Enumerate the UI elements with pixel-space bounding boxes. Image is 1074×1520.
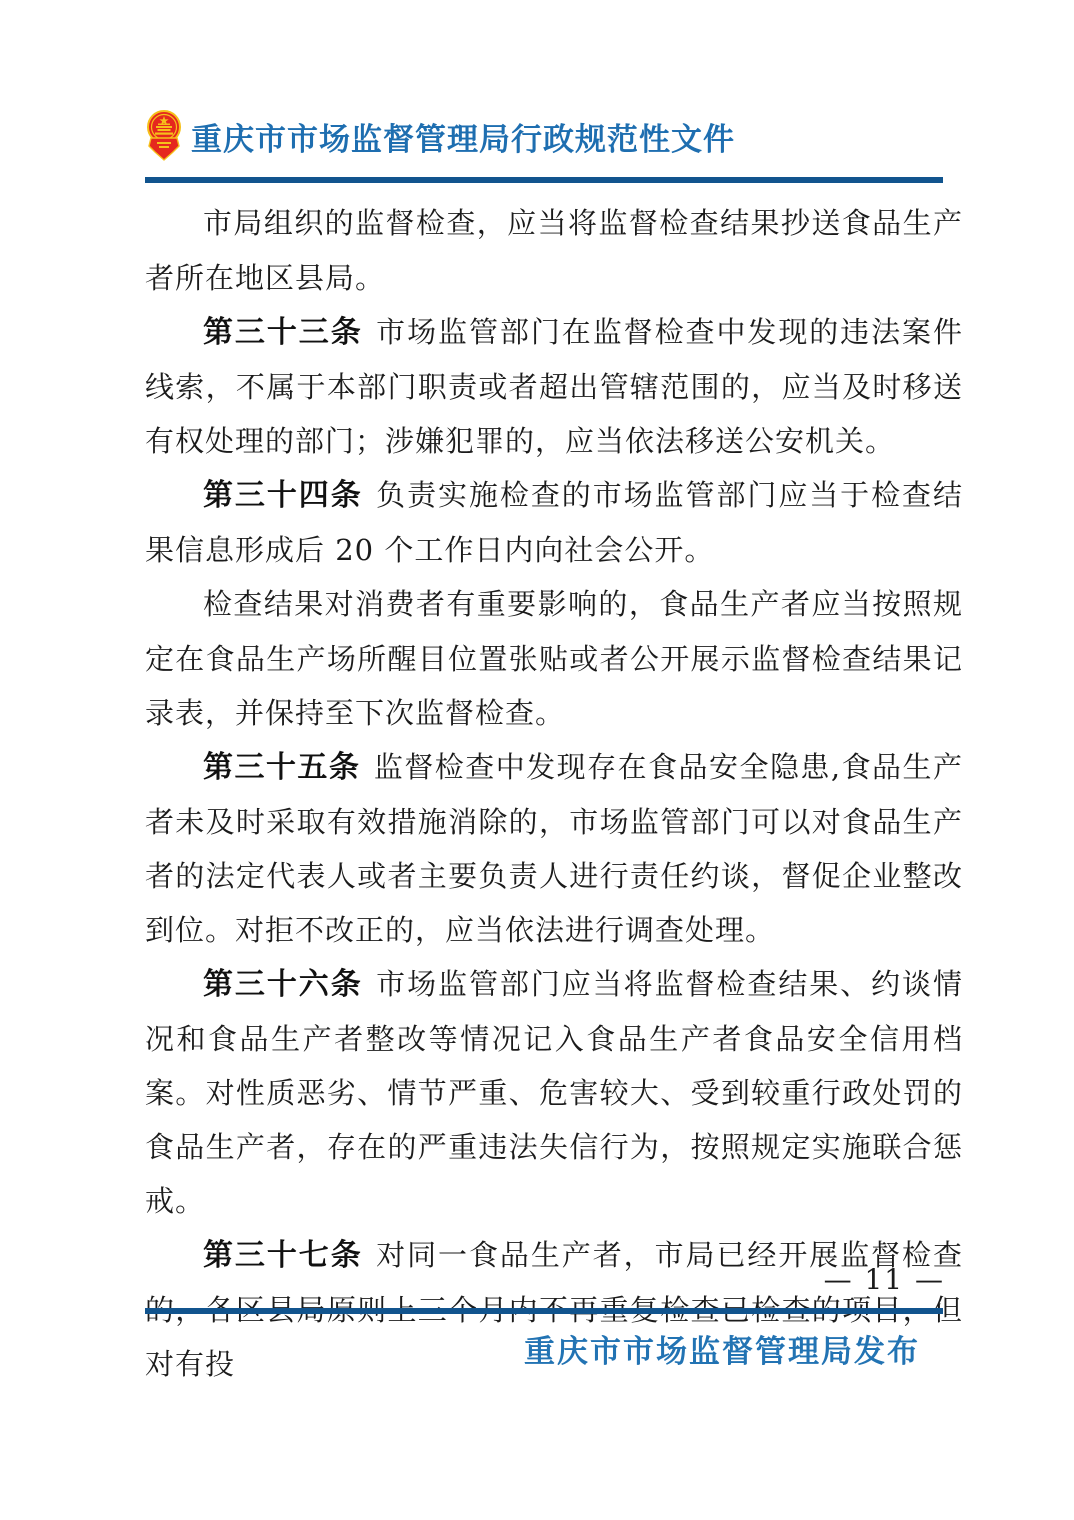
national-emblem-icon: [145, 110, 183, 162]
header-divider: [145, 177, 943, 183]
publisher-line: 重庆市市场监督管理局发布: [524, 1326, 920, 1371]
paragraph: 第三十三条市场监管部门在监督检查中发现的违法案件线索，不属于本部门职责或者超出管…: [145, 305, 963, 468]
document-page: 重庆市市场监督管理局行政规范性文件 市局组织的监督检查，应当将监督检查结果抄送食…: [0, 0, 1074, 1520]
document-body: 市局组织的监督检查，应当将监督检查结果抄送食品生产者所在地区县局。 第三十三条市…: [145, 196, 963, 1391]
article-number: 第三十七条: [203, 1238, 363, 1273]
paragraph: 市局组织的监督检查，应当将监督检查结果抄送食品生产者所在地区县局。: [145, 196, 963, 305]
article-number: 第三十三条: [203, 315, 363, 350]
paragraph: 第三十六条市场监管部门应当将监督检查结果、约谈情况和食品生产者整改等情况记入食品…: [145, 957, 963, 1228]
page-number: — 11 —: [824, 1263, 945, 1296]
paragraph: 第三十五条监督检查中发现存在食品安全隐患,食品生产者未及时采取有效措施消除的，市…: [145, 740, 963, 957]
paragraph: 检查结果对消费者有重要影响的，食品生产者应当按照规定在食品生产场所醒目位置张贴或…: [145, 577, 963, 740]
article-number: 第三十四条: [203, 478, 363, 513]
document-header: 重庆市市场监督管理局行政规范性文件: [145, 110, 945, 162]
article-number: 第三十六条: [203, 967, 363, 1002]
paragraph-text: 检查结果对消费者有重要影响的，食品生产者应当按照规定在食品生产场所醒目位置张贴或…: [145, 587, 963, 730]
article-number: 第三十五条: [203, 750, 360, 785]
paragraph-text: 市场监管部门应当将监督检查结果、约谈情况和食品生产者整改等情况记入食品生产者食品…: [145, 967, 963, 1218]
paragraph-text: 市局组织的监督检查，应当将监督检查结果抄送食品生产者所在地区县局。: [145, 206, 963, 295]
paragraph: 第三十四条负责实施检查的市场监管部门应当于检查结果信息形成后 20 个工作日内向…: [145, 468, 963, 577]
document-header-title: 重庆市市场监督管理局行政规范性文件: [191, 114, 735, 159]
footer-divider: [145, 1308, 943, 1314]
